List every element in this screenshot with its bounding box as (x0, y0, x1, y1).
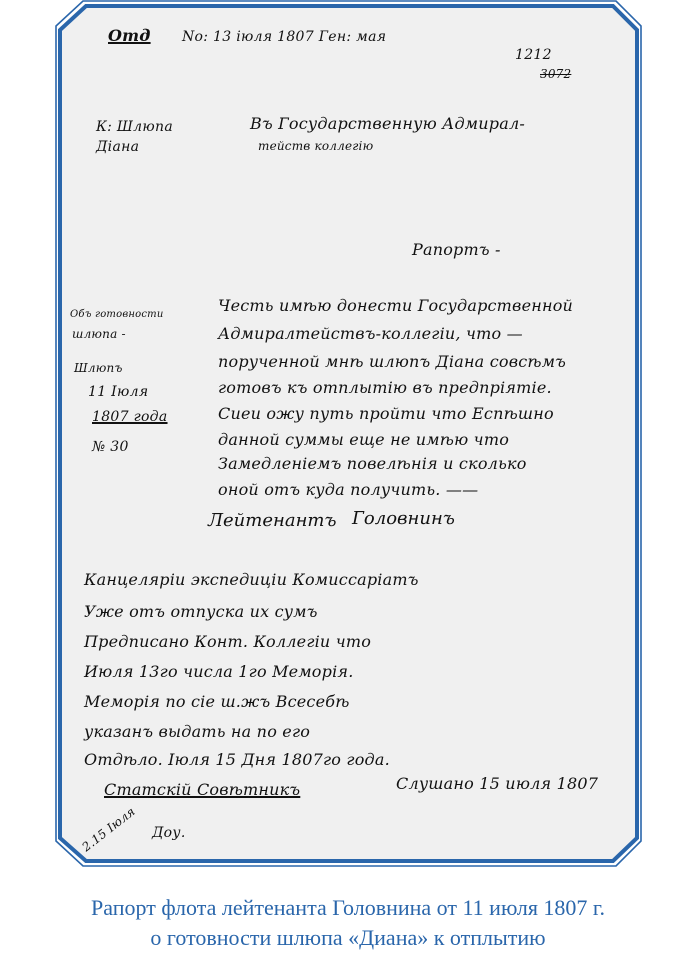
body-line: Адмиралтействъ-коллегіи, что — (218, 326, 523, 342)
margin-note-5: 1807 года (92, 410, 168, 424)
signature-rank: Лейтенантъ (208, 512, 337, 530)
body-line: оной отъ куда получить. —— (218, 482, 478, 498)
resolution-line: Уже отъ отпуска их сумъ (84, 604, 318, 620)
registry-number-struck: 3072 (540, 68, 571, 80)
report-title: Рапортъ - (412, 242, 501, 258)
corner-mark: Доу. (152, 826, 186, 840)
resolution-line: указанъ выдать на по его (84, 724, 310, 740)
body-line: порученной мнѣ шлюпъ Діана совсѣмъ (218, 354, 566, 370)
resolution-line: Меморія по сіе ш.жъ Всесебѣ (84, 694, 350, 710)
caption-line-1: Рапорт флота лейтенанта Головнина от 11 … (0, 894, 696, 922)
resolution-line: Канцеляріи экспедиціи Комиссаріатъ (84, 572, 419, 588)
margin-note-3: Шлюпъ (74, 362, 123, 374)
signature-name: Головнинъ (352, 510, 455, 528)
margin-note-1: Объ готовности (70, 310, 163, 320)
to-line-1: Въ Государственную Адмирал- (250, 116, 525, 132)
to-line-2: тейств коллегію (258, 140, 373, 152)
body-line: готовъ къ отплытію въ предпріятіе. (218, 380, 552, 396)
received-note: Слушано 15 июля 1807 (396, 776, 598, 792)
registry-number: 1212 (515, 48, 552, 62)
margin-note-2: шлюпа - (72, 328, 126, 340)
from-line-1: К: Шлюпа (96, 120, 173, 134)
margin-note-6: № 30 (92, 440, 129, 454)
margin-note-4: 11 Іюля (88, 385, 148, 399)
corner-note: 2.15 Іюля (80, 805, 137, 853)
registry-line: No: 13 іюля 1807 Ген: мая (182, 30, 386, 44)
caption-line-2: о готовности шлюпа «Диана» к отплытию (0, 924, 696, 952)
registry-stamp: Отд (108, 28, 151, 44)
body-line: Честь имѣю донести Государственной (218, 298, 573, 314)
resolution-line: Отдѣло. Іюля 15 Дня 1807го года. (84, 752, 390, 768)
manuscript-page: Отд No: 13 іюля 1807 Ген: мая 1212 3072 … (0, 0, 696, 870)
body-line: данной суммы еще не имѣю что (218, 432, 509, 448)
resolution-line: Июля 13го числа 1го Меморія. (84, 664, 353, 680)
from-line-2: Діана (96, 140, 139, 154)
resolution-line: Предписано Конт. Коллегіи что (84, 634, 371, 650)
resolution-signature: Статскій Совѣтникъ (104, 782, 300, 798)
body-line: Замедленіемъ повелѣнія и сколько (218, 456, 527, 472)
body-line: Сиеи ожу путь пройти что Еспѣшно (218, 406, 554, 422)
